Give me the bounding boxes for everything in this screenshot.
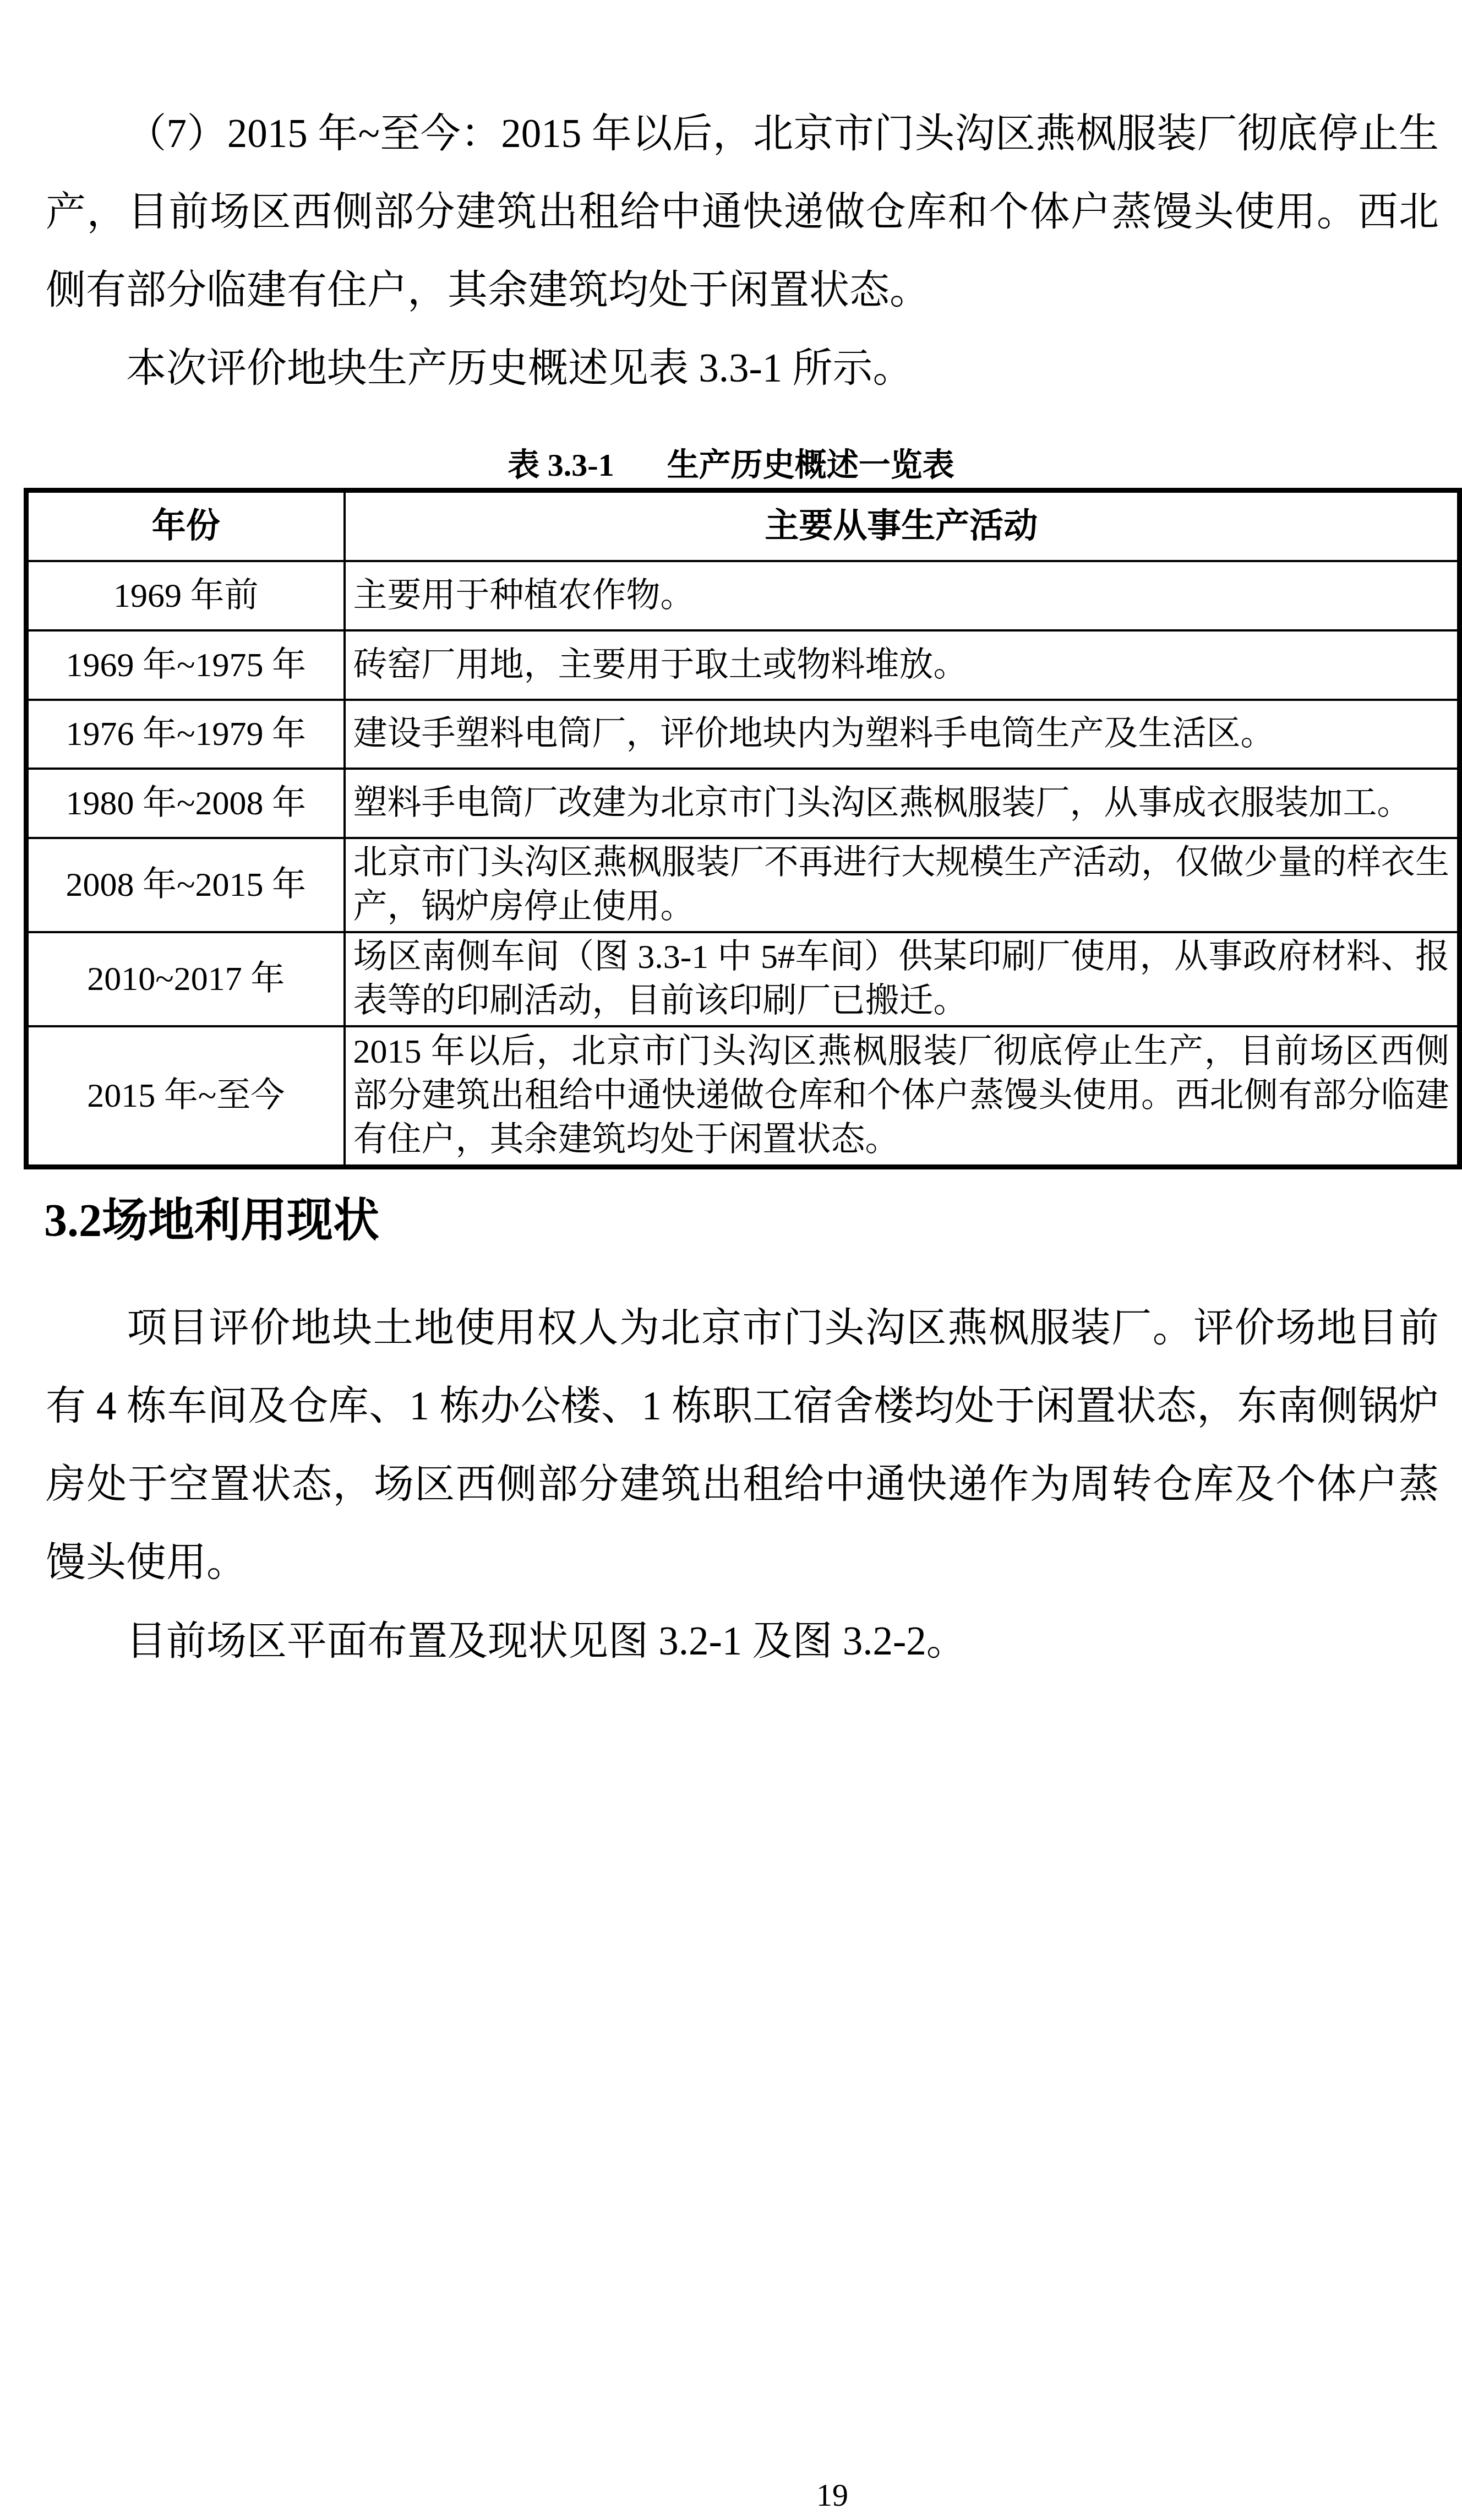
cell-activity: 建设手塑料电筒厂，评价地块内为塑料手电筒生产及生活区。 [345,700,1460,769]
table-row: 1976 年~1979 年 建设手塑料电筒厂，评价地块内为塑料手电筒生产及生活区… [26,700,1460,769]
paragraph-table-reference: 本次评价地块生产历史概述见表 3.3-1 所示。 [46,329,1439,407]
cell-activity: 主要用于种植农作物。 [345,561,1460,630]
cell-year: 1976 年~1979 年 [26,700,345,769]
table-row: 1969 年~1975 年 砖窑厂用地，主要用于取土或物料堆放。 [26,630,1460,700]
paragraph-text: 项目评价地块土地使用权人为北京市门头沟区燕枫服装厂。评价场地目前有 4 栋车间及… [46,1305,1439,1585]
header-year: 年份 [26,491,345,561]
table-caption-number: 表 3.3-1 [508,447,614,483]
paragraph-period-7: （7）2015 年~至今：2015 年以后，北京市门头沟区燕枫服装厂彻底停止生产… [46,95,1439,329]
production-history-table: 年份 主要从事生产活动 1969 年前 主要用于种植农作物。 1969 年~19… [24,488,1462,1169]
section-heading: 3.2场地利用现状 [44,1194,379,1249]
table-caption-title: 生产历史概述一览表 [667,447,954,483]
cell-year: 2010~2017 年 [26,932,345,1026]
cell-activity: 北京市门头沟区燕枫服装厂不再进行大规模生产活动，仅做少量的样衣生产，锅炉房停止使… [345,838,1460,932]
paragraph-figure-reference: 目前场区平面布置及现状见图 3.2-1 及图 3.2-2。 [46,1602,1439,1680]
cell-activity: 塑料手电筒厂改建为北京市门头沟区燕枫服装厂，从事成衣服装加工。 [345,769,1460,838]
page-number: 19 [0,2478,1462,2513]
paragraph-text: （7）2015 年~至今：2015 年以后，北京市门头沟区燕枫服装厂彻底停止生产… [46,111,1439,312]
header-activity: 主要从事生产活动 [345,491,1460,561]
table-caption: 表 3.3-1生产历史概述一览表 [0,445,1462,486]
table-header-row: 年份 主要从事生产活动 [26,491,1460,561]
cell-year: 2015 年~至今 [26,1026,345,1167]
table-row: 1980 年~2008 年 塑料手电筒厂改建为北京市门头沟区燕枫服装厂，从事成衣… [26,769,1460,838]
table-row: 2015 年~至今 2015 年以后，北京市门头沟区燕枫服装厂彻底停止生产，目前… [26,1026,1460,1167]
table-row: 1969 年前 主要用于种植农作物。 [26,561,1460,630]
cell-activity: 场区南侧车间（图 3.3-1 中 5#车间）供某印刷厂使用，从事政府材料、报表等… [345,932,1460,1026]
cell-activity: 砖窑厂用地，主要用于取土或物料堆放。 [345,630,1460,700]
cell-activity: 2015 年以后，北京市门头沟区燕枫服装厂彻底停止生产，目前场区西侧部分建筑出租… [345,1026,1460,1167]
table-row: 2010~2017 年 场区南侧车间（图 3.3-1 中 5#车间）供某印刷厂使… [26,932,1460,1026]
paragraph-text: 目前场区平面布置及现状见图 3.2-1 及图 3.2-2。 [126,1619,967,1663]
table-row: 2008 年~2015 年 北京市门头沟区燕枫服装厂不再进行大规模生产活动，仅做… [26,838,1460,932]
paragraph-text: 本次评价地块生产历史概述见表 3.3-1 所示。 [126,346,913,390]
cell-year: 1969 年~1975 年 [26,630,345,700]
paragraph-site-usage: 项目评价地块土地使用权人为北京市门头沟区燕枫服装厂。评价场地目前有 4 栋车间及… [46,1289,1439,1602]
cell-year: 2008 年~2015 年 [26,838,345,932]
cell-year: 1980 年~2008 年 [26,769,345,838]
cell-year: 1969 年前 [26,561,345,630]
